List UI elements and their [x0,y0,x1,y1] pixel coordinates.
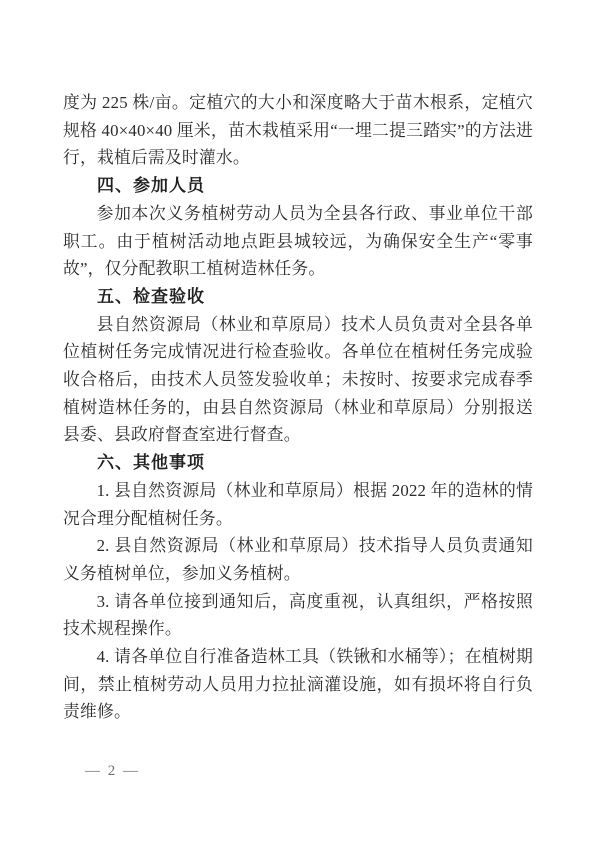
paragraph-other-matters-item-2: 2. 县自然资源局（林业和草原局）技术指导人员负责通知义务植树单位，参加义务植树… [63,532,533,587]
section-heading-inspection: 五、检查验收 [63,283,533,311]
paragraph-other-matters-item-3: 3. 请各单位接到通知后，高度重视，认真组织，严格按照技术规程操作。 [63,588,533,643]
section-heading-other-matters: 六、其他事项 [63,449,533,477]
page-number: — 2 — [85,763,140,779]
paragraph-inspection: 县自然资源局（林业和草原局）技术人员负责对全县各单位植树任务完成情况进行检查验收… [63,311,533,450]
paragraph-other-matters-item-4: 4. 请各单位自行准备造林工具（铁锹和水桶等）；在植树期间，禁止植树劳动人员用力… [63,643,533,726]
paragraph-other-matters-item-1: 1. 县自然资源局（林业和草原局）根据 2022 年的造林的情况合理分配植树任务… [63,477,533,532]
section-heading-participants: 四、参加人员 [63,172,533,200]
document-body: 度为 225 株/亩。定植穴的大小和深度略大于苗木根系，定植穴规格 40×40×… [63,0,533,726]
paragraph-participants: 参加本次义务植树劳动人员为全县各行政、事业单位干部职工。由于植树活动地点距县城较… [63,200,533,283]
paragraph-planting-method-continuation: 度为 225 株/亩。定植穴的大小和深度略大于苗木根系，定植穴规格 40×40×… [63,89,533,172]
page-footer: — 2 — [85,763,140,780]
document-page: 度为 225 株/亩。定植穴的大小和深度略大于苗木根系，定植穴规格 40×40×… [0,0,596,842]
